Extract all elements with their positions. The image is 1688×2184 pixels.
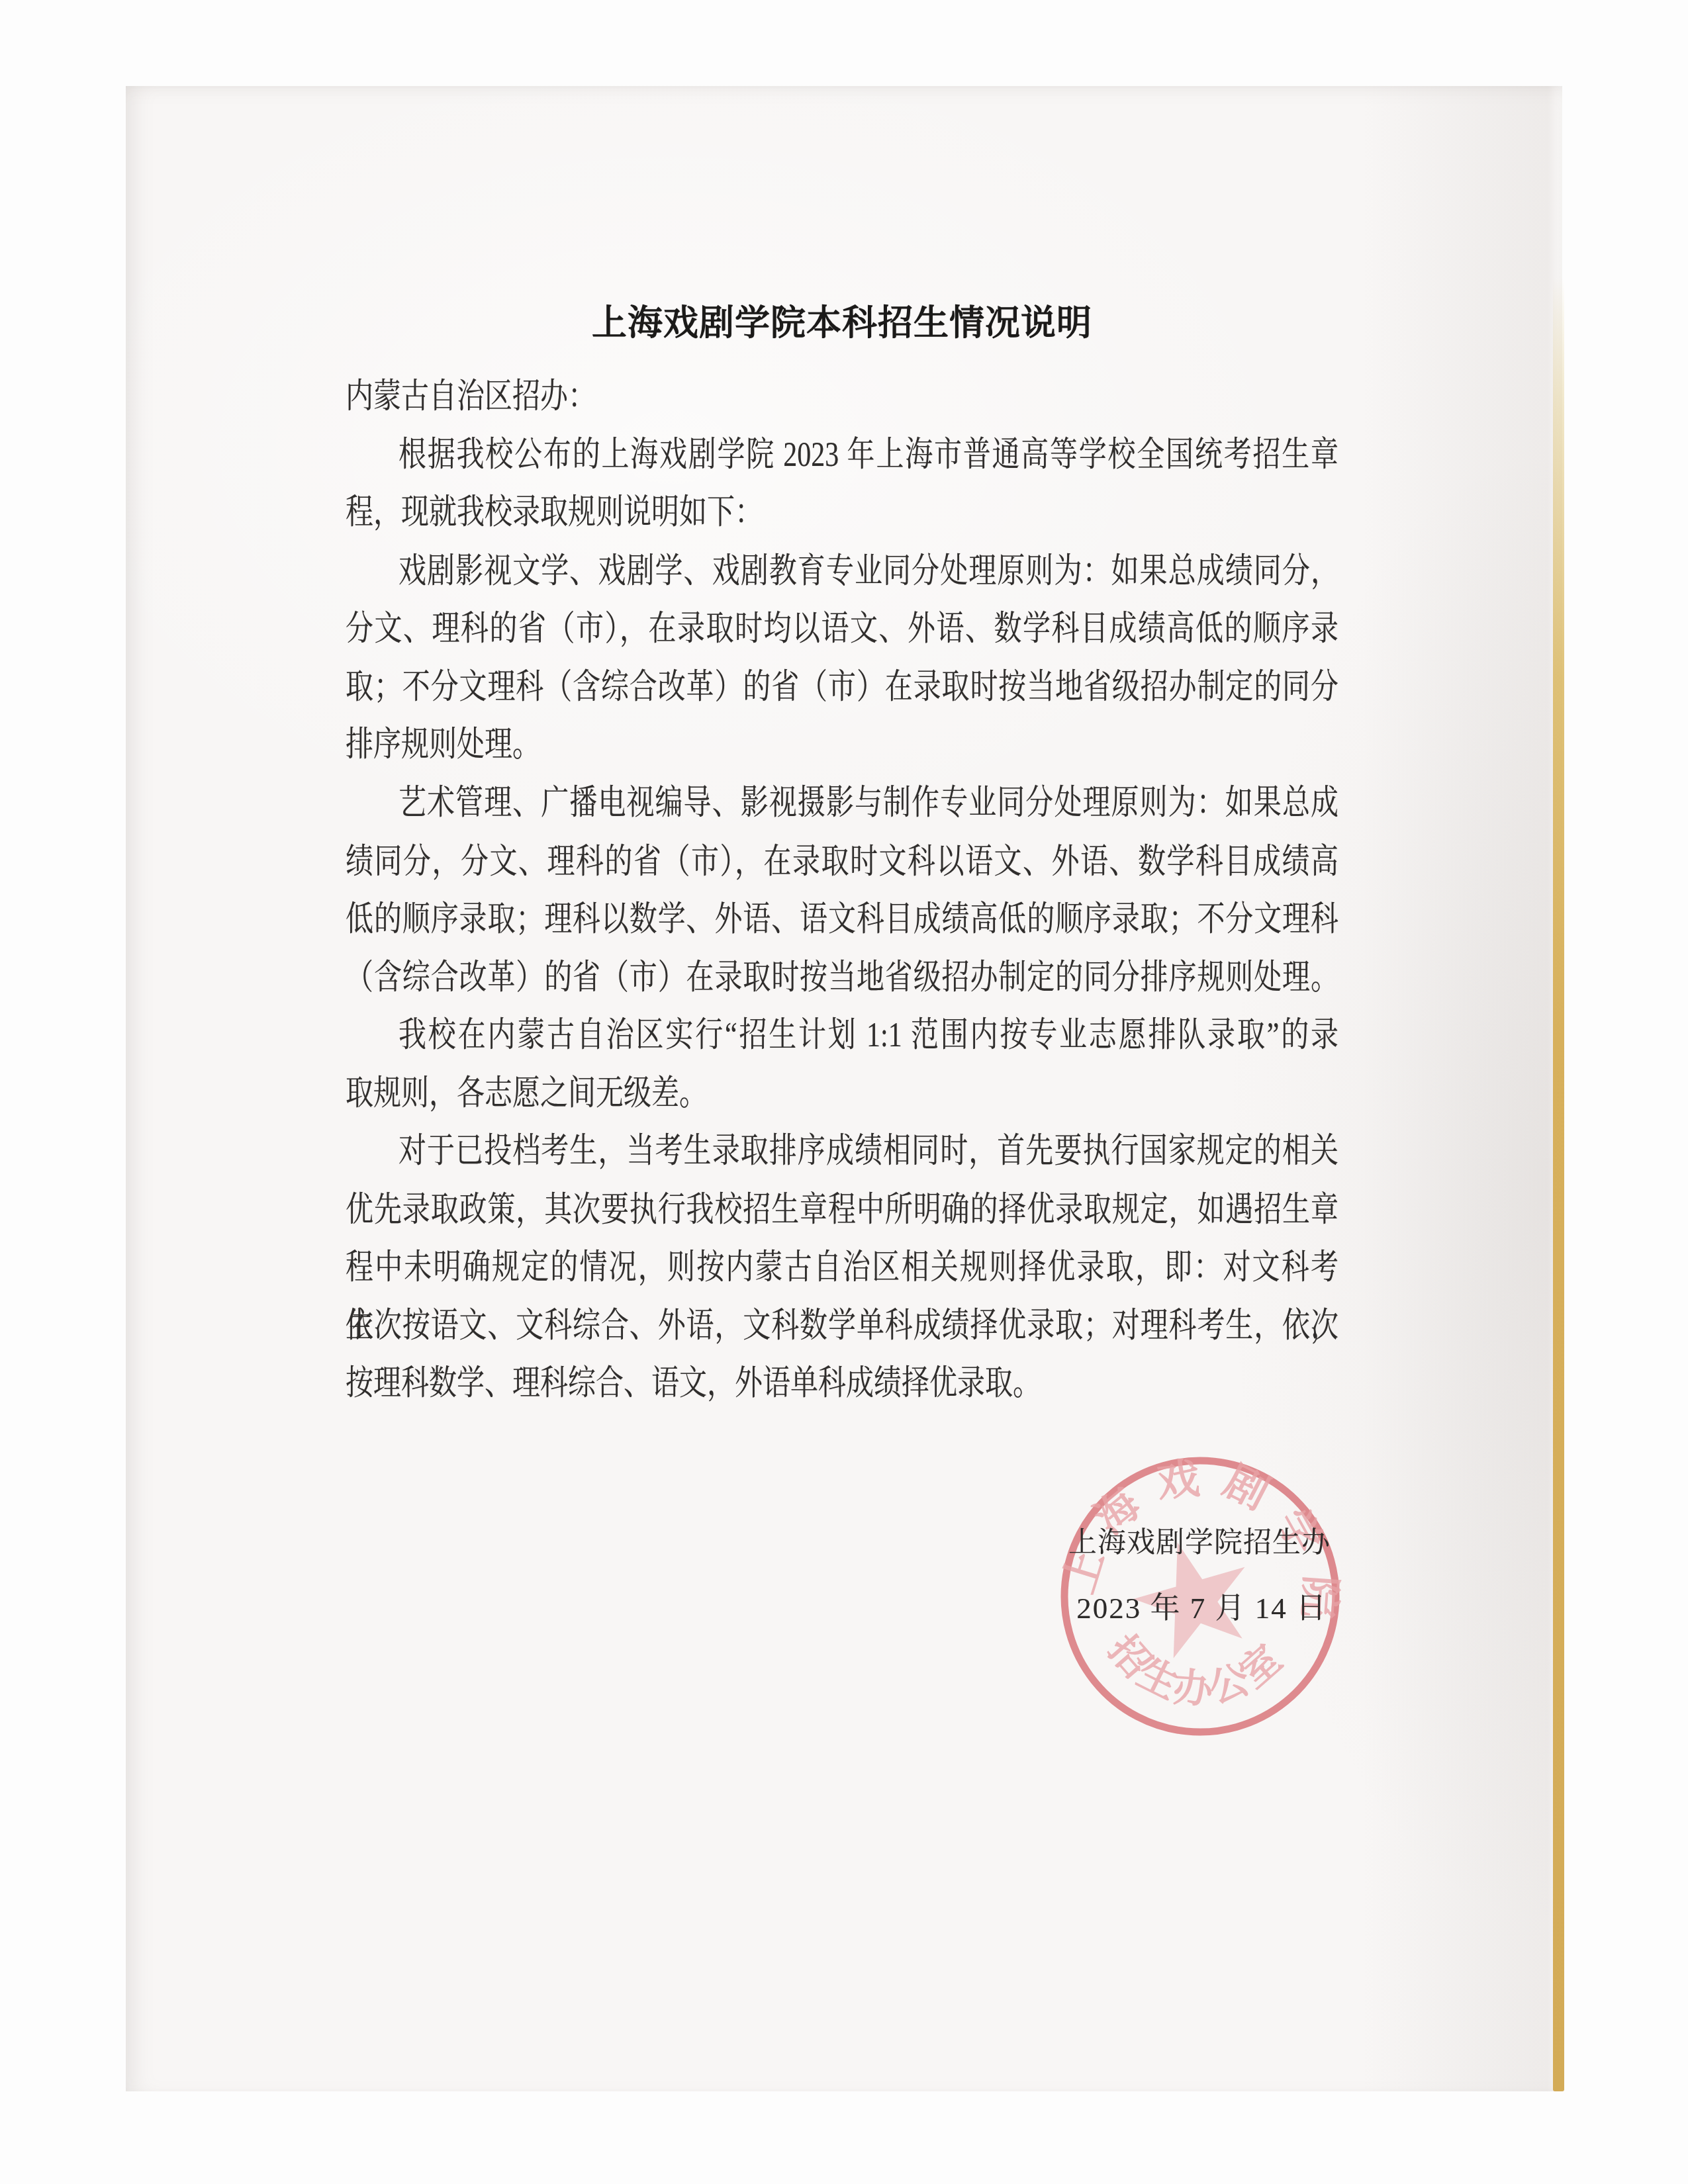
body-line: 对于已投档考生，当考生录取排序成绩相同时，首先要执行国家规定的相关 bbox=[346, 1123, 1338, 1181]
paragraph: 根据我校公布的上海戏剧学院 2023 年上海市普通高等学校全国统考招生章程，现就… bbox=[346, 426, 1338, 542]
body-line: 根据我校公布的上海戏剧学院 2023 年上海市普通高等学校全国统考招生章 bbox=[346, 426, 1338, 484]
body-line: 我校在内蒙古自治区实行“招生计划 1:1 范围内按专业志愿排队录取”的录 bbox=[346, 1007, 1338, 1065]
paragraph: 我校在内蒙古自治区实行“招生计划 1:1 范围内按专业志愿排队录取”的录取规则，… bbox=[346, 1007, 1338, 1122]
salutation-line: 内蒙古自治区招办： bbox=[346, 368, 1338, 426]
body-line: 取；不分文理科（含综合改革）的省（市）在录取时按当地省级招办制定的同分 bbox=[346, 659, 1338, 717]
body-line: 程，现就我校录取规则说明如下： bbox=[346, 484, 1338, 542]
body-line: 优先录取政策，其次要执行我校招生章程中所明确的择优录取规定，如遇招生章 bbox=[346, 1181, 1338, 1239]
body-line: 按理科数学、理科综合、语文，外语单科成绩择优录取。 bbox=[346, 1355, 1338, 1413]
paragraph: 艺术管理、广播电视编导、影视摄影与制作专业同分处理原则为：如果总成绩同分，分文、… bbox=[346, 774, 1338, 1007]
document-title: 上海戏剧学院本科招生情况说明 bbox=[346, 305, 1338, 342]
body-line: 艺术管理、广播电视编导、影视摄影与制作专业同分处理原则为：如果总成 bbox=[346, 774, 1338, 833]
scanned-letter-background: 上海戏剧学院本科招生情况说明 内蒙古自治区招办： 根据我校公布的上海戏剧学院 2… bbox=[0, 0, 1688, 2184]
signature-organization: 上海戏剧学院招生办 bbox=[1068, 1527, 1331, 1560]
paragraph: 对于已投档考生，当考生录取排序成绩相同时，首先要执行国家规定的相关优先录取政策，… bbox=[346, 1123, 1338, 1414]
body-line: 低的顺序录取；理科以数学、外语、语文科目成绩高低的顺序录取；不分文理科 bbox=[346, 891, 1338, 949]
page-edge-strip bbox=[1553, 278, 1564, 2091]
body-line: 戏剧影视文学、戏剧学、戏剧教育专业同分处理原则为：如果总成绩同分， bbox=[346, 542, 1338, 600]
body-line: 排序规则处理。 bbox=[346, 716, 1338, 774]
body-line: 取规则，各志愿之间无级差。 bbox=[346, 1065, 1338, 1123]
body-line: 分文、理科的省（市），在录取时均以语文、外语、数学科目成绩高低的顺序录 bbox=[346, 600, 1338, 659]
body-line: 绩同分，分文、理科的省（市），在录取时文科以语文、外语、数学科目成绩高 bbox=[346, 833, 1338, 891]
body-line: （含综合改革）的省（市）在录取时按当地省级招办制定的同分排序规则处理。 bbox=[346, 948, 1338, 1007]
body-line: 程中未明确规定的情况，则按内蒙古自治区相关规则择优录取，即：对文科考生， bbox=[346, 1239, 1338, 1297]
document-page: 上海戏剧学院本科招生情况说明 内蒙古自治区招办： 根据我校公布的上海戏剧学院 2… bbox=[126, 86, 1562, 2091]
body-line: 依次按语文、文科综合、外语，文科数学单科成绩择优录取；对理科考生，依次 bbox=[346, 1297, 1338, 1355]
document-body: 内蒙古自治区招办： 根据我校公布的上海戏剧学院 2023 年上海市普通高等学校全… bbox=[346, 368, 1338, 1413]
paragraph: 戏剧影视文学、戏剧学、戏剧教育专业同分处理原则为：如果总成绩同分，分文、理科的省… bbox=[346, 542, 1338, 774]
body-paragraphs: 根据我校公布的上海戏剧学院 2023 年上海市普通高等学校全国统考招生章程，现就… bbox=[346, 426, 1338, 1413]
signature-date: 2023 年 7 月 14 日 bbox=[1076, 1591, 1327, 1625]
